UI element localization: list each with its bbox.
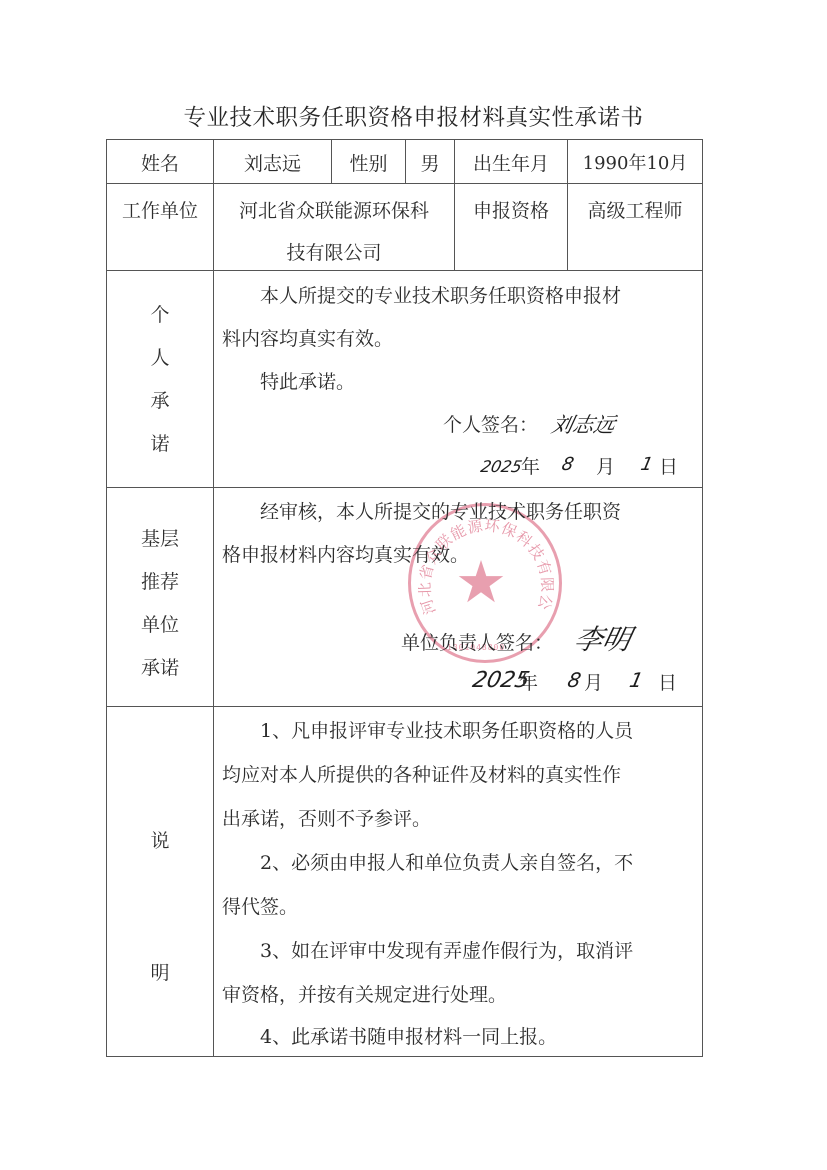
note-text: 3、如在评审中发现有弄虚作假行为，取消评 bbox=[260, 930, 633, 973]
name-label: 姓名 bbox=[107, 149, 213, 176]
year-unit: 年 bbox=[519, 662, 538, 705]
note-text: 1、凡申报评审专业技术职务任职资格的人员 bbox=[260, 710, 633, 753]
handwritten-signature: 李明 bbox=[571, 618, 636, 658]
handwritten-month: 8 bbox=[560, 454, 576, 475]
note-text: 得代签。 bbox=[222, 886, 298, 929]
row-divider bbox=[106, 706, 703, 707]
birth-label: 出生年月 bbox=[455, 149, 567, 176]
note-text: 审资格，并按有关规定进行处理。 bbox=[222, 974, 507, 1017]
day-unit: 日 bbox=[658, 662, 677, 705]
commitment-text: 格申报材料内容均真实有效。 bbox=[222, 534, 469, 577]
commitment-text: 特此承诺。 bbox=[260, 361, 355, 404]
name-value: 刘志远 bbox=[214, 149, 331, 176]
section-label-char: 说 bbox=[106, 826, 214, 853]
handwritten-year: 2025 bbox=[479, 457, 524, 476]
table-left-border bbox=[106, 139, 107, 1057]
note-text: 均应对本人所提供的各种证件及材料的真实性作 bbox=[222, 754, 621, 797]
qualification-label: 申报资格 bbox=[455, 196, 567, 223]
year-unit: 年 bbox=[521, 446, 540, 489]
commitment-text: 经审核，本人所提交的专业技术职务任职资 bbox=[260, 491, 621, 534]
commitment-text: 料内容均真实有效。 bbox=[222, 318, 393, 361]
section-label-char: 人 bbox=[106, 343, 214, 370]
section-label-line: 单位 bbox=[106, 610, 214, 637]
document-title: 专业技术职务任职资格申报材料真实性承诺书 bbox=[0, 100, 827, 132]
section-label-line: 承诺 bbox=[106, 653, 214, 680]
employer-value-line1: 河北省众联能源环保科 bbox=[214, 196, 454, 223]
handwritten-day: 1 bbox=[639, 454, 655, 475]
note-text: 2、必须由申报人和单位负责人亲自签名，不 bbox=[260, 842, 633, 885]
month-unit: 月 bbox=[596, 446, 615, 489]
note-text: 出承诺，否则不予参评。 bbox=[222, 798, 431, 841]
gender-value: 男 bbox=[406, 149, 454, 176]
handwritten-day: 1 bbox=[627, 668, 645, 692]
section-label-line: 基层 bbox=[106, 524, 214, 551]
row-divider bbox=[106, 270, 703, 271]
section-label-char: 承 bbox=[106, 386, 214, 413]
handwritten-month: 8 bbox=[565, 668, 583, 692]
commitment-text: 本人所提交的专业技术职务任职资格申报材 bbox=[260, 275, 621, 318]
section-label-line: 推荐 bbox=[106, 567, 214, 594]
signature-label: 单位负责人签名： bbox=[401, 622, 553, 665]
note-text: 4、此承诺书随申报材料一同上报。 bbox=[260, 1016, 557, 1059]
employer-value-line2: 技有限公司 bbox=[214, 238, 454, 265]
row-divider bbox=[106, 183, 703, 184]
month-unit: 月 bbox=[584, 662, 603, 705]
day-unit: 日 bbox=[659, 446, 678, 489]
gender-label: 性别 bbox=[332, 149, 405, 176]
label-column-divider bbox=[213, 139, 214, 1057]
handwritten-signature: 刘志远 bbox=[549, 409, 618, 439]
table-right-border bbox=[702, 139, 703, 1057]
employer-label: 工作单位 bbox=[107, 196, 213, 223]
section-label-char: 明 bbox=[106, 958, 214, 985]
birth-value: 1990年10月 bbox=[568, 149, 702, 175]
section-label-char: 诺 bbox=[106, 429, 214, 456]
signature-label: 个人签名： bbox=[443, 404, 538, 447]
qualification-value: 高级工程师 bbox=[568, 196, 702, 223]
section-label-char: 个 bbox=[106, 300, 214, 327]
